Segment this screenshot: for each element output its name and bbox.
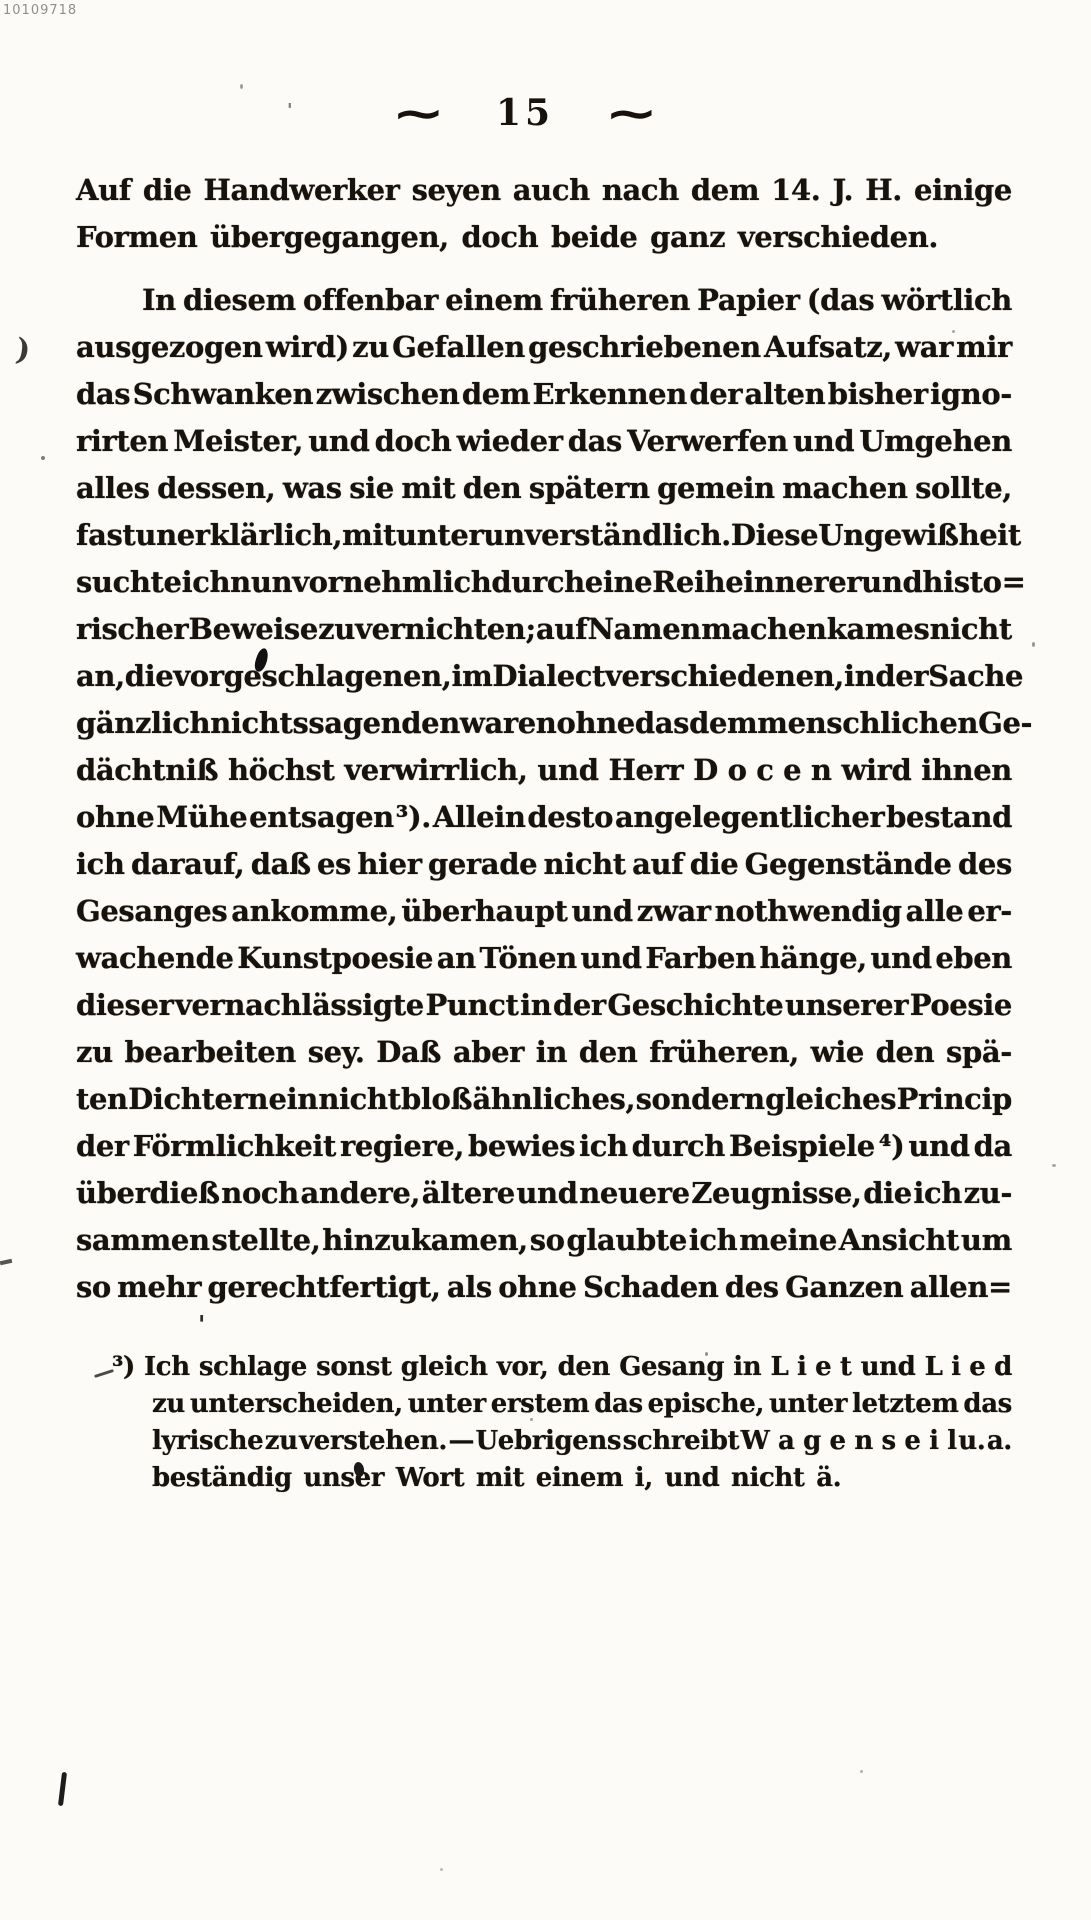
text-line: ausgezogenwird)zuGefallengeschriebenenAu… <box>76 330 1012 377</box>
text-line: an,dievorgeschlagenen,imDialectverschied… <box>76 659 1012 706</box>
text-line: überdießnochandere,ältereundneuereZeugni… <box>76 1176 1012 1223</box>
text-line: derFörmlichkeitregiere,bewiesichdurchBei… <box>76 1129 1012 1176</box>
text-line: gänzlichnichtssagendenwarenohnedasdemmen… <box>76 706 1012 753</box>
paper-speck <box>1052 1164 1056 1167</box>
text-line: dieservernachlässigtePunctinderGeschicht… <box>76 988 1012 1035</box>
main-text: AufdieHandwerkerseyenauchnachdem14.J.H.e… <box>76 173 1012 1317</box>
paper-speck <box>952 330 955 333</box>
text-line: ohneMüheentsagen³).Alleindestoangelegent… <box>76 800 1012 847</box>
text-line: zubearbeitensey.Daßaberindenfrüheren,wie… <box>76 1035 1012 1082</box>
paper-speck <box>530 1418 533 1421</box>
paper-speck <box>240 84 243 89</box>
paper-speck <box>860 1770 863 1773</box>
text-line: wachendeKunstpoesieanTönenundFarbenhänge… <box>76 941 1012 988</box>
text-line: Formen übergegangen, doch beide ganz ver… <box>76 220 1012 267</box>
text-line: dächtnißhöchstverwirrlich,undHerrD o c e… <box>76 753 1012 800</box>
text-line: allesdessen,wassiemitdenspäterngemeinmac… <box>76 471 1012 518</box>
stray-dash-mark <box>94 1369 114 1378</box>
text-line: lyrischezuverstehen.—UebrigensschreibtW … <box>112 1426 1012 1463</box>
text-line: rischerBeweisezuvernichten;aufNamenmache… <box>76 612 1012 659</box>
page-header: ∼ 15 ∼ <box>75 92 975 134</box>
page-number: 15 <box>496 92 554 134</box>
text-line: AufdieHandwerkerseyenauchnachdem14.J.H.e… <box>76 173 1012 220</box>
swash-dash-left-icon: ∼ <box>392 103 446 123</box>
paper-speck <box>705 1352 708 1356</box>
text-line: beständig unser Wort mit einem i, und ni… <box>112 1463 1012 1500</box>
swash-dash-right-icon: ∼ <box>604 103 658 123</box>
text-line: dasSchwankenzwischendemErkennenderaltenb… <box>76 377 1012 424</box>
text-line: rirtenMeister,unddochwiederdasVerwerfenu… <box>76 424 1012 471</box>
book-page: 10109718 ∼ 15 ∼ AufdieHandwerkerseyenauc… <box>0 0 1091 1920</box>
text-line: ichdarauf,daßeshiergeradenichtaufdieGege… <box>76 847 1012 894</box>
footnote-section: ³)Ichschlagesonstgleichvor,denGesanginL … <box>112 1352 1012 1500</box>
margin-paren-mark: ) <box>14 332 33 369</box>
text-line: zuunterscheiden,untererstemdasepische,un… <box>112 1389 1012 1426</box>
text-line: tenDichterneinnichtbloßähnliches,sondern… <box>76 1082 1012 1129</box>
text-line: sammenstellte,hinzukamen,soglaubteichmei… <box>76 1223 1012 1270</box>
text-line: Gesangesankomme,überhauptundzwarnothwend… <box>76 894 1012 941</box>
text-line: ³)Ichschlagesonstgleichvor,denGesanginL … <box>112 1352 1012 1389</box>
stray-apostrophe: ' <box>198 1310 205 1339</box>
scan-number: 10109718 <box>3 3 77 18</box>
stray-apostrophe: ' <box>287 100 293 121</box>
paper-speck <box>440 1868 443 1871</box>
paper-speck <box>148 622 151 625</box>
footnote: ³)Ichschlagesonstgleichvor,denGesanginL … <box>112 1352 1012 1500</box>
text-line: suchteichnunvornehmlichdurcheineReiheinn… <box>76 565 1012 612</box>
edge-mark <box>58 1772 67 1806</box>
text-line: somehrgerechtfertigt,alsohneSchadendesGa… <box>76 1270 1012 1317</box>
text-line: IndiesemoffenbareinemfrüherenPapier(dasw… <box>76 283 1012 330</box>
paper-speck <box>1032 642 1035 647</box>
text-line: fastunerklärlich,mitunterunverständlich.… <box>76 518 1012 565</box>
paper-speck <box>41 456 45 460</box>
edge-mark <box>0 1259 12 1265</box>
